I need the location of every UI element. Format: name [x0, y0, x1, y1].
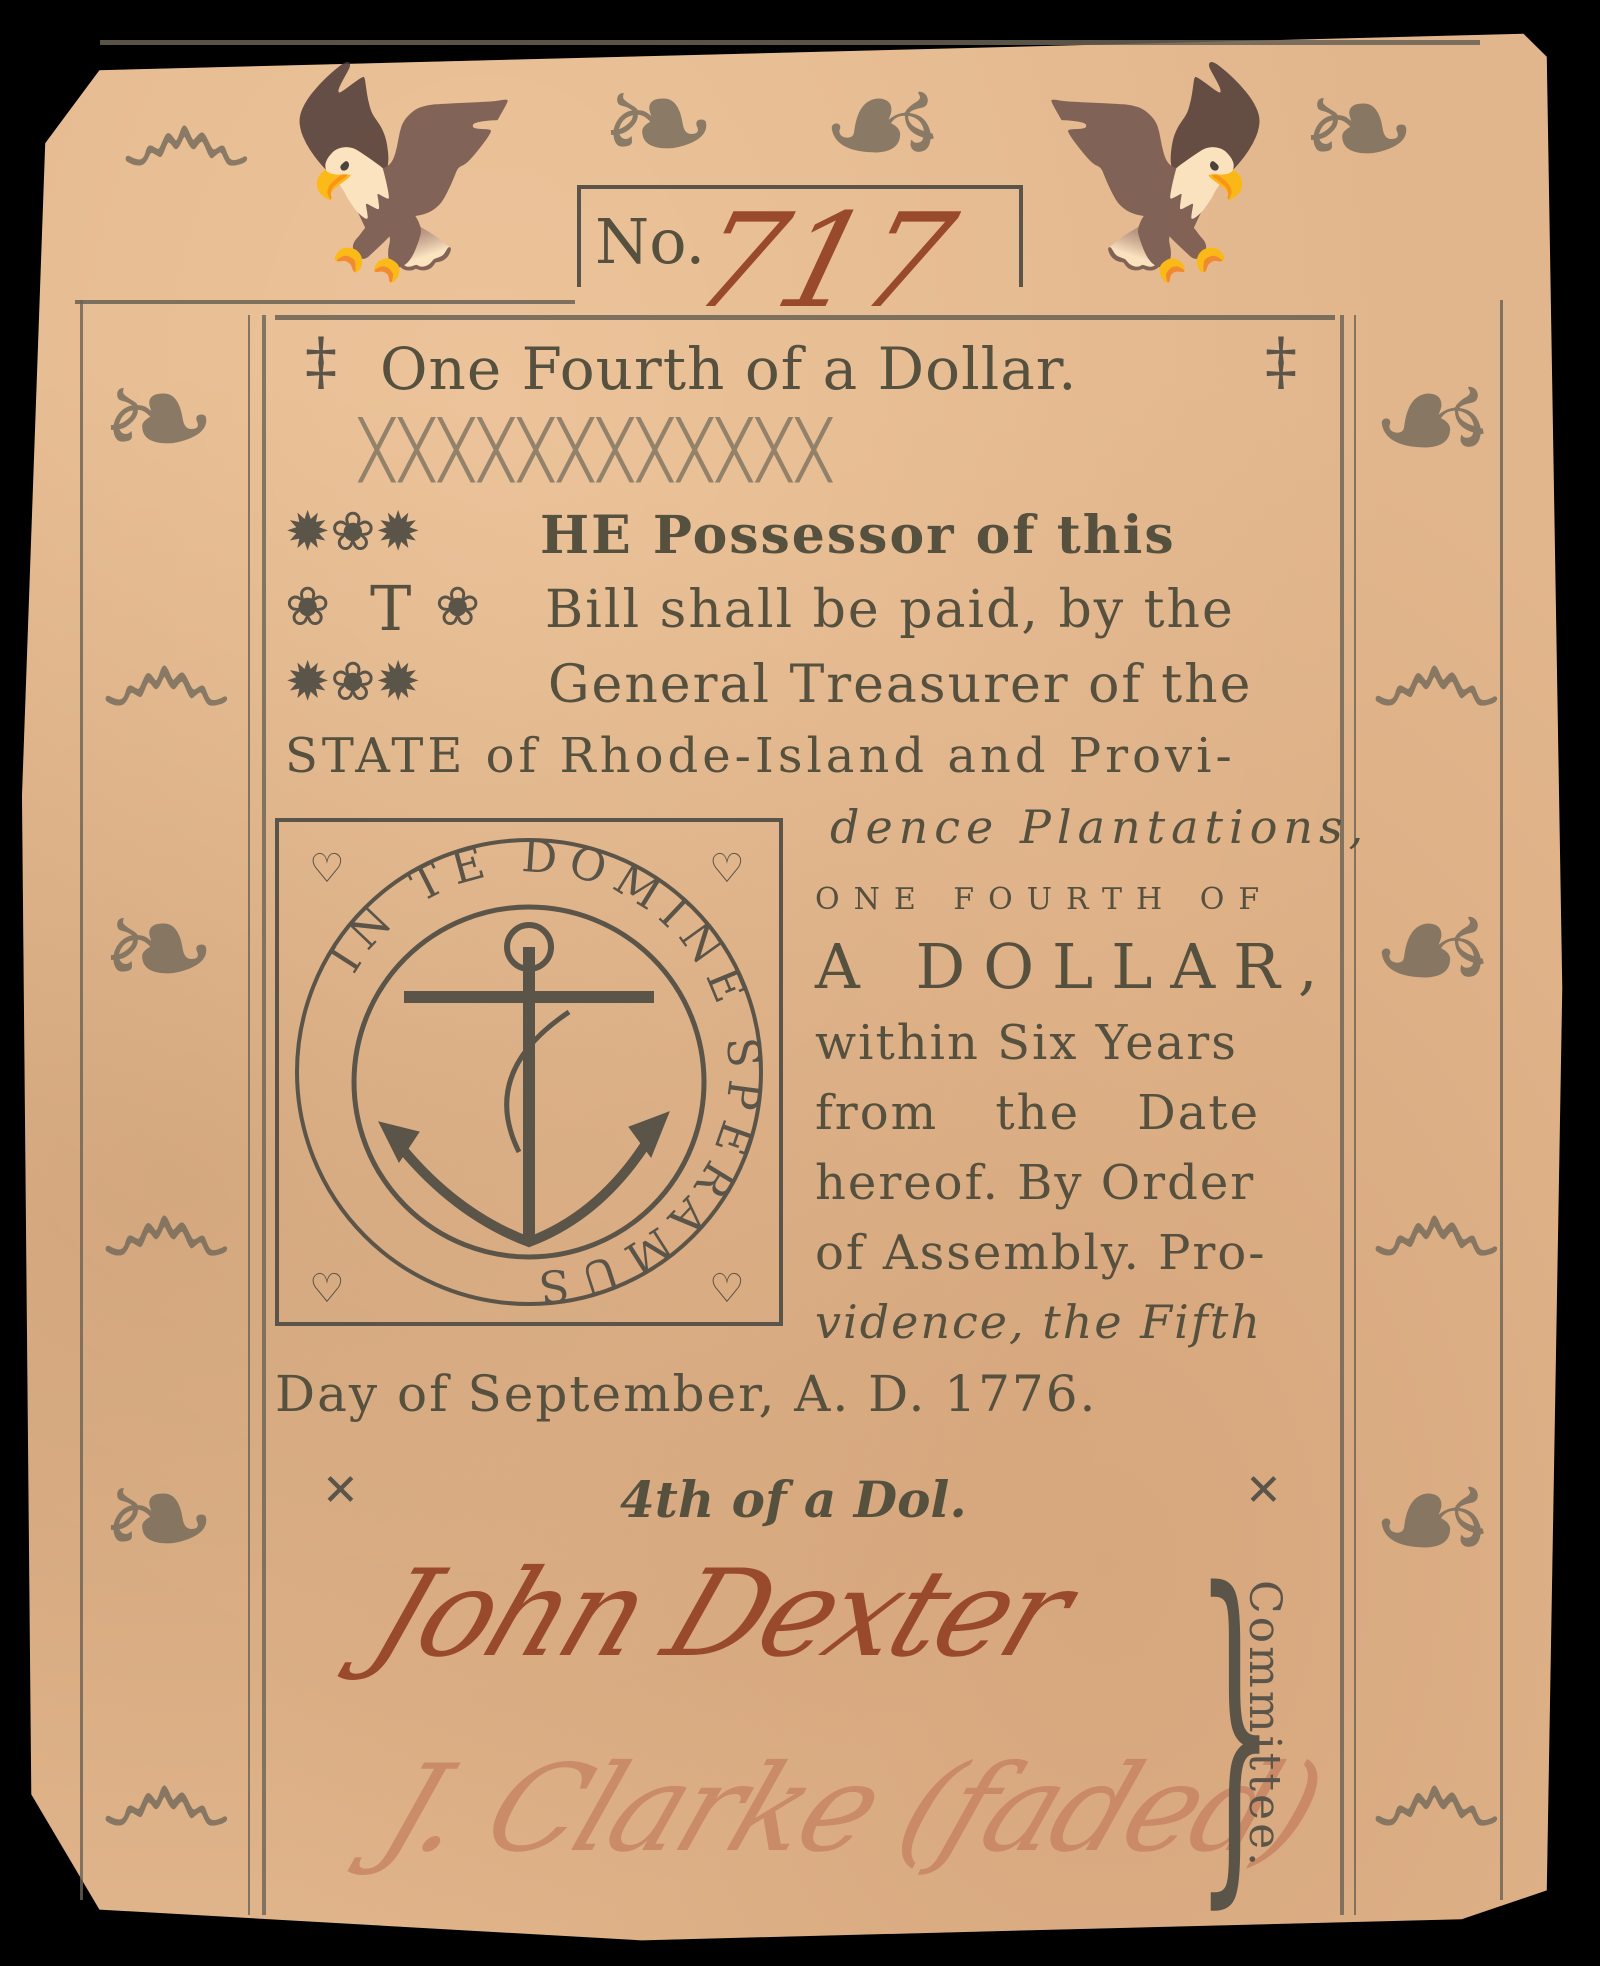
body-line-3: General Treasurer of the — [548, 655, 1252, 715]
body-line-2: Bill shall be paid, by the — [545, 580, 1235, 640]
flourish-ornament-icon: ✹❀✹ — [285, 650, 421, 713]
right-inner-frame — [1354, 315, 1356, 1915]
scroll-ornament-icon: ❧ — [1300, 60, 1417, 200]
signature-2: J. Clarke (faded) — [365, 1740, 1338, 1879]
body-line-1: HE Possessor of this — [540, 505, 1176, 566]
heart-icon: ♡ — [309, 1266, 345, 1312]
body-line-9: from the Date — [815, 1085, 1260, 1141]
left-inner-frame — [262, 315, 266, 1915]
dagger-icon: ‡ — [305, 325, 337, 399]
x-mark-icon: ✕ — [322, 1465, 359, 1516]
body-line-11: of Assembly. Pro- — [815, 1225, 1266, 1281]
serial-label: No. — [595, 205, 705, 278]
right-inner-frame — [1340, 315, 1344, 1915]
flourish-ornament-icon: ❀ — [435, 575, 480, 638]
anchor-icon — [379, 925, 669, 1242]
committee-label: Committee. — [1239, 1580, 1290, 1869]
serial-number: 717 — [680, 185, 969, 337]
anchor-seal-graphic: IN TE DOMINE SPERAMUS ♡ ♡ ♡ ♡ — [279, 822, 779, 1322]
divider — [75, 300, 575, 304]
left-scroll-icon: ❧ — [100, 880, 217, 1020]
flourish-ornament-icon: ❀ — [285, 575, 330, 638]
heart-icon: ♡ — [709, 1266, 745, 1312]
left-scroll-icon: ❧ — [100, 350, 217, 490]
body-line-7: A DOLLAR, — [815, 930, 1336, 1003]
left-scroll-icon: ෴ — [100, 600, 233, 740]
right-scroll-icon: ☙ — [1370, 350, 1496, 490]
heart-icon: ♡ — [709, 846, 745, 892]
x-mark-icon: ✕ — [1245, 1465, 1282, 1516]
right-scroll-icon: ☙ — [1370, 1450, 1496, 1590]
left-outer-frame — [80, 300, 83, 1900]
left-scroll-icon: ❧ — [100, 1450, 217, 1590]
heart-icon: ♡ — [309, 846, 345, 892]
dagger-icon: ‡ — [1265, 325, 1297, 399]
left-inner-frame — [248, 315, 250, 1915]
body-line-5: dence Plantations, — [830, 800, 1369, 854]
drop-cap: T — [370, 572, 411, 645]
body-line-12: vidence, the Fifth — [815, 1295, 1262, 1349]
right-scroll-icon: ෴ — [1370, 1150, 1503, 1290]
right-outer-frame — [1500, 300, 1503, 1900]
eagle-right-icon: 🦅 — [1030, 55, 1279, 290]
top-border-line — [100, 40, 1480, 45]
footer-denomination: 4th of a Dol. — [620, 1470, 967, 1529]
scroll-ornament-icon: ☙ — [820, 55, 946, 195]
flourish-ornament-icon: ✹❀✹ — [285, 500, 421, 563]
scroll-ornament-icon: ෴ — [120, 60, 253, 200]
right-scroll-icon: ෴ — [1370, 600, 1503, 740]
signature-1: John Dexter — [355, 1545, 1086, 1684]
cross-pattern-row: ╳╳╳╳╳╳╳╳╳╳╳╳ — [360, 418, 837, 483]
body-line-4: STATE of Rhode-Island and Provi- — [285, 728, 1236, 784]
left-scroll-icon: ෴ — [100, 1720, 233, 1860]
date-line: Day of September, A. D. 1776. — [275, 1365, 1097, 1423]
anchor-seal: IN TE DOMINE SPERAMUS ♡ ♡ ♡ ♡ — [275, 818, 783, 1326]
scroll-ornament-icon: ❧ — [600, 55, 717, 195]
body-line-8: within Six Years — [815, 1015, 1238, 1071]
right-scroll-icon: ☙ — [1370, 880, 1496, 1020]
right-scroll-icon: ෴ — [1370, 1720, 1503, 1860]
body-line-6: ONE FOURTH OF — [815, 882, 1273, 917]
denomination-header: One Fourth of a Dollar. — [380, 335, 1078, 403]
eagle-left-icon: 🦅 — [280, 55, 529, 290]
left-scroll-icon: ෴ — [100, 1150, 233, 1290]
body-line-10: hereof. By Order — [815, 1155, 1255, 1211]
